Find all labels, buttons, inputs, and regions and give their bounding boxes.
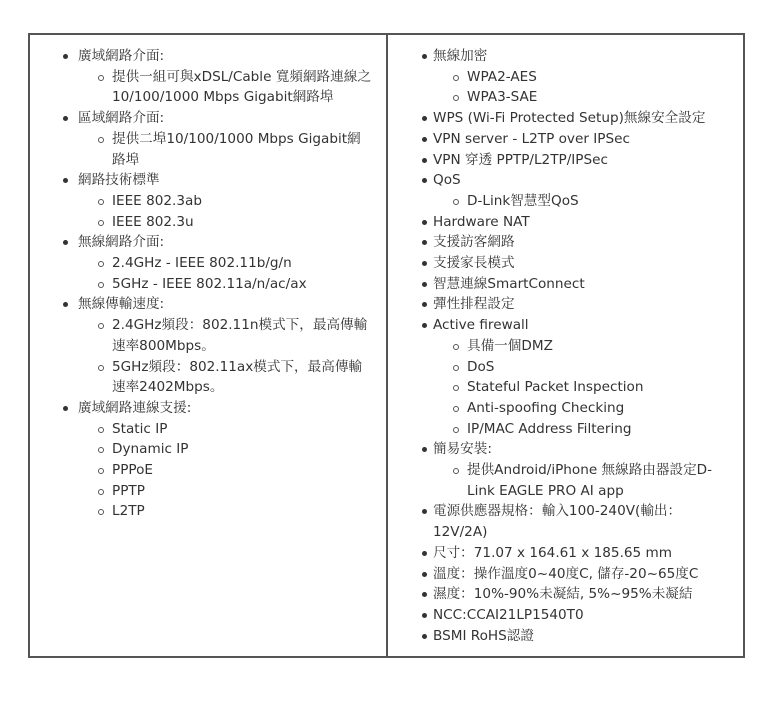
spec-item-label: 無線傳輸速度:: [78, 294, 372, 315]
spec-item: 支援訪客網路: [388, 232, 743, 253]
spec-sublist: 2.4GHz頻段：802.11n模式下，最高傳輸速率800Mbps。5GHz頻段…: [78, 315, 372, 398]
bullet-circle-icon: [453, 406, 459, 412]
spec-item: 彈性排程設定: [388, 294, 743, 315]
bullet-circle-icon: [453, 468, 459, 474]
bullet-circle-icon: [98, 199, 104, 205]
spec-subitem: L2TP: [78, 501, 372, 522]
spec-subitem-label: PPTP: [112, 481, 372, 502]
bullet-circle-icon: [98, 365, 104, 371]
spec-subitem-label: 2.4GHz - IEEE 802.11b/g/n: [112, 253, 372, 274]
spec-item: Hardware NAT: [388, 212, 743, 233]
spec-item-label: 無線加密: [433, 46, 729, 67]
bullet-disc-icon: [422, 592, 427, 597]
bullet-disc-icon: [422, 447, 427, 452]
bullet-disc-icon: [422, 240, 427, 245]
spec-list-right: 無線加密WPA2-AESWPA3-SAEWPS (Wi-Fi Protected…: [388, 35, 743, 646]
spec-sublist: IEEE 802.3abIEEE 802.3u: [78, 191, 372, 232]
bullet-circle-icon: [453, 385, 459, 391]
spec-subitem: 提供Android/iPhone 無線路由器設定D-Link EAGLE PRO…: [433, 460, 729, 501]
bullet-circle-icon: [98, 468, 104, 474]
spec-sublist: 提供Android/iPhone 無線路由器設定D-Link EAGLE PRO…: [433, 460, 729, 501]
bullet-disc-icon: [63, 178, 68, 183]
spec-subitem: D-Link智慧型QoS: [433, 191, 729, 212]
bullet-circle-icon: [98, 137, 104, 143]
bullet-disc-icon: [422, 509, 427, 514]
bullet-circle-icon: [98, 220, 104, 226]
spec-sublist: WPA2-AESWPA3-SAE: [433, 67, 729, 108]
bullet-circle-icon: [453, 199, 459, 205]
spec-item-label: NCC:CCAI21LP1540T0: [433, 605, 729, 626]
spec-item: 無線傳輸速度:2.4GHz頻段：802.11n模式下，最高傳輸速率800Mbps…: [30, 294, 386, 398]
spec-item: Active firewall具備一個DMZDoSStateful Packet…: [388, 315, 743, 439]
spec-sublist: 提供一組可與xDSL/Cable 寬頻網路連線之10/100/1000 Mbps…: [78, 67, 372, 108]
spec-subitem: IEEE 802.3u: [78, 212, 372, 233]
spec-subitem-label: 2.4GHz頻段：802.11n模式下，最高傳輸速率800Mbps。: [112, 315, 372, 356]
spec-sublist: Static IPDynamic IPPPPoEPPTPL2TP: [78, 419, 372, 523]
spec-item: QoSD-Link智慧型QoS: [388, 170, 743, 211]
spec-subitem: PPPoE: [78, 460, 372, 481]
spec-item: 溫度：操作溫度0~40度C, 儲存-20~65度C: [388, 564, 743, 585]
spec-subitem-label: 5GHz - IEEE 802.11a/n/ac/ax: [112, 274, 372, 295]
spec-item: NCC:CCAI21LP1540T0: [388, 605, 743, 626]
spec-subitem-label: 提供一組可與xDSL/Cable 寬頻網路連線之10/100/1000 Mbps…: [112, 67, 372, 108]
spec-subitem-label: WPA2-AES: [467, 67, 729, 88]
bullet-disc-icon: [422, 158, 427, 163]
spec-item-label: 區域網路介面:: [78, 108, 372, 129]
spec-subitem: WPA3-SAE: [433, 87, 729, 108]
bullet-disc-icon: [422, 613, 427, 618]
bullet-disc-icon: [63, 406, 68, 411]
spec-subitem: 5GHz頻段：802.11ax模式下，最高傳輸速率2402Mbps。: [78, 357, 372, 398]
bullet-disc-icon: [63, 302, 68, 307]
spec-subitem: 5GHz - IEEE 802.11a/n/ac/ax: [78, 274, 372, 295]
spec-subitem-label: PPPoE: [112, 460, 372, 481]
spec-subitem: PPTP: [78, 481, 372, 502]
spec-subitem-label: 提供二埠10/100/1000 Mbps Gigabit網路埠: [112, 129, 372, 170]
spec-item-label: VPN 穿透 PPTP/L2TP/IPSec: [433, 150, 729, 171]
spec-item-label: 簡易安裝:: [433, 439, 729, 460]
bullet-disc-icon: [422, 572, 427, 577]
bullet-disc-icon: [422, 220, 427, 225]
spec-item: BSMI RoHS認證: [388, 626, 743, 647]
spec-cell-right: 無線加密WPA2-AESWPA3-SAEWPS (Wi-Fi Protected…: [388, 35, 743, 656]
spec-subitem: WPA2-AES: [433, 67, 729, 88]
spec-item: 廣域網路連線支援:Static IPDynamic IPPPPoEPPTPL2T…: [30, 398, 386, 522]
spec-item: 廣域網路介面:提供一組可與xDSL/Cable 寬頻網路連線之10/100/10…: [30, 46, 386, 108]
spec-subitem-label: DoS: [467, 357, 729, 378]
spec-subitem-label: 提供Android/iPhone 無線路由器設定D-Link EAGLE PRO…: [467, 460, 729, 501]
bullet-disc-icon: [422, 323, 427, 328]
spec-item: 濕度：10%-90%未凝結, 5%~95%未凝結: [388, 584, 743, 605]
bullet-circle-icon: [98, 323, 104, 329]
bullet-circle-icon: [98, 261, 104, 267]
spec-subitem: Anti-spoofing Checking: [433, 398, 729, 419]
spec-subitem-label: IEEE 802.3u: [112, 212, 372, 233]
spec-subitem: 具備一個DMZ: [433, 336, 729, 357]
spec-cell-left: 廣域網路介面:提供一組可與xDSL/Cable 寬頻網路連線之10/100/10…: [30, 35, 388, 656]
bullet-disc-icon: [422, 282, 427, 287]
spec-item-label: 彈性排程設定: [433, 294, 729, 315]
spec-subitem-label: WPA3-SAE: [467, 87, 729, 108]
spec-subitem-label: 具備一個DMZ: [467, 336, 729, 357]
spec-subitem-label: L2TP: [112, 501, 372, 522]
spec-subitem: 提供一組可與xDSL/Cable 寬頻網路連線之10/100/1000 Mbps…: [78, 67, 372, 108]
spec-subitem-label: IP/MAC Address Filtering: [467, 419, 729, 440]
spec-item: 無線加密WPA2-AESWPA3-SAE: [388, 46, 743, 108]
bullet-circle-icon: [453, 95, 459, 101]
bullet-disc-icon: [422, 551, 427, 556]
spec-subitem: Static IP: [78, 419, 372, 440]
bullet-circle-icon: [98, 509, 104, 515]
spec-item-label: WPS (Wi-Fi Protected Setup)無線安全設定: [433, 108, 729, 129]
bullet-disc-icon: [422, 302, 427, 307]
spec-sublist: D-Link智慧型QoS: [433, 191, 729, 212]
spec-sublist: 提供二埠10/100/1000 Mbps Gigabit網路埠: [78, 129, 372, 170]
spec-item-label: 智慧連線SmartConnect: [433, 274, 729, 295]
spec-subitem: 2.4GHz頻段：802.11n模式下，最高傳輸速率800Mbps。: [78, 315, 372, 356]
bullet-disc-icon: [63, 54, 68, 59]
spec-item: 網路技術標準IEEE 802.3abIEEE 802.3u: [30, 170, 386, 232]
spec-sublist: 具備一個DMZDoSStateful Packet InspectionAnti…: [433, 336, 729, 440]
spec-sublist: 2.4GHz - IEEE 802.11b/g/n5GHz - IEEE 802…: [78, 253, 372, 294]
spec-table: 廣域網路介面:提供一組可與xDSL/Cable 寬頻網路連線之10/100/10…: [28, 33, 745, 658]
spec-subitem: 提供二埠10/100/1000 Mbps Gigabit網路埠: [78, 129, 372, 170]
spec-subitem-label: Static IP: [112, 419, 372, 440]
spec-subitem-label: IEEE 802.3ab: [112, 191, 372, 212]
spec-item-label: 網路技術標準: [78, 170, 372, 191]
spec-item-label: VPN server - L2TP over IPSec: [433, 129, 729, 150]
spec-item-label: QoS: [433, 170, 729, 191]
bullet-circle-icon: [98, 75, 104, 81]
bullet-circle-icon: [98, 447, 104, 453]
bullet-disc-icon: [422, 116, 427, 121]
spec-subitem: 2.4GHz - IEEE 802.11b/g/n: [78, 253, 372, 274]
spec-subitem: Stateful Packet Inspection: [433, 377, 729, 398]
spec-subitem-label: 5GHz頻段：802.11ax模式下，最高傳輸速率2402Mbps。: [112, 357, 372, 398]
bullet-circle-icon: [453, 427, 459, 433]
spec-subitem: IEEE 802.3ab: [78, 191, 372, 212]
spec-subitem-label: Stateful Packet Inspection: [467, 377, 729, 398]
spec-item: VPN 穿透 PPTP/L2TP/IPSec: [388, 150, 743, 171]
spec-item-label: 電源供應器規格：輸入100-240V(輸出：12V/2A): [433, 501, 729, 542]
spec-item: 區域網路介面:提供二埠10/100/1000 Mbps Gigabit網路埠: [30, 108, 386, 170]
spec-item: WPS (Wi-Fi Protected Setup)無線安全設定: [388, 108, 743, 129]
spec-item-label: 尺寸：71.07 x 164.61 x 185.65 mm: [433, 543, 729, 564]
spec-subitem: IP/MAC Address Filtering: [433, 419, 729, 440]
spec-item: 電源供應器規格：輸入100-240V(輸出：12V/2A): [388, 501, 743, 542]
bullet-circle-icon: [453, 75, 459, 81]
spec-item: 智慧連線SmartConnect: [388, 274, 743, 295]
spec-subitem-label: Anti-spoofing Checking: [467, 398, 729, 419]
spec-item-label: 支援訪客網路: [433, 232, 729, 253]
spec-item-label: 無線網路介面:: [78, 232, 372, 253]
spec-item: 尺寸：71.07 x 164.61 x 185.65 mm: [388, 543, 743, 564]
bullet-circle-icon: [453, 365, 459, 371]
spec-item: VPN server - L2TP over IPSec: [388, 129, 743, 150]
spec-item: 無線網路介面:2.4GHz - IEEE 802.11b/g/n5GHz - I…: [30, 232, 386, 294]
spec-item-label: BSMI RoHS認證: [433, 626, 729, 647]
spec-item: 簡易安裝:提供Android/iPhone 無線路由器設定D-Link EAGL…: [388, 439, 743, 501]
spec-item-label: 廣域網路介面:: [78, 46, 372, 67]
spec-subitem: Dynamic IP: [78, 439, 372, 460]
spec-subitem-label: Dynamic IP: [112, 439, 372, 460]
spec-subitem-label: D-Link智慧型QoS: [467, 191, 729, 212]
bullet-disc-icon: [422, 634, 427, 639]
bullet-circle-icon: [98, 489, 104, 495]
bullet-disc-icon: [422, 137, 427, 142]
spec-item-label: 支援家長模式: [433, 253, 729, 274]
bullet-disc-icon: [422, 54, 427, 59]
spec-item-label: Hardware NAT: [433, 212, 729, 233]
spec-item: 支援家長模式: [388, 253, 743, 274]
bullet-disc-icon: [63, 240, 68, 245]
bullet-circle-icon: [98, 282, 104, 288]
bullet-disc-icon: [422, 261, 427, 266]
spec-item-label: Active firewall: [433, 315, 729, 336]
bullet-disc-icon: [422, 178, 427, 183]
spec-item-label: 廣域網路連線支援:: [78, 398, 372, 419]
spec-item-label: 濕度：10%-90%未凝結, 5%~95%未凝結: [433, 584, 729, 605]
bullet-circle-icon: [98, 427, 104, 433]
bullet-disc-icon: [63, 116, 68, 121]
spec-item-label: 溫度：操作溫度0~40度C, 儲存-20~65度C: [433, 564, 729, 585]
spec-subitem: DoS: [433, 357, 729, 378]
spec-list-left: 廣域網路介面:提供一組可與xDSL/Cable 寬頻網路連線之10/100/10…: [30, 35, 386, 522]
bullet-circle-icon: [453, 344, 459, 350]
